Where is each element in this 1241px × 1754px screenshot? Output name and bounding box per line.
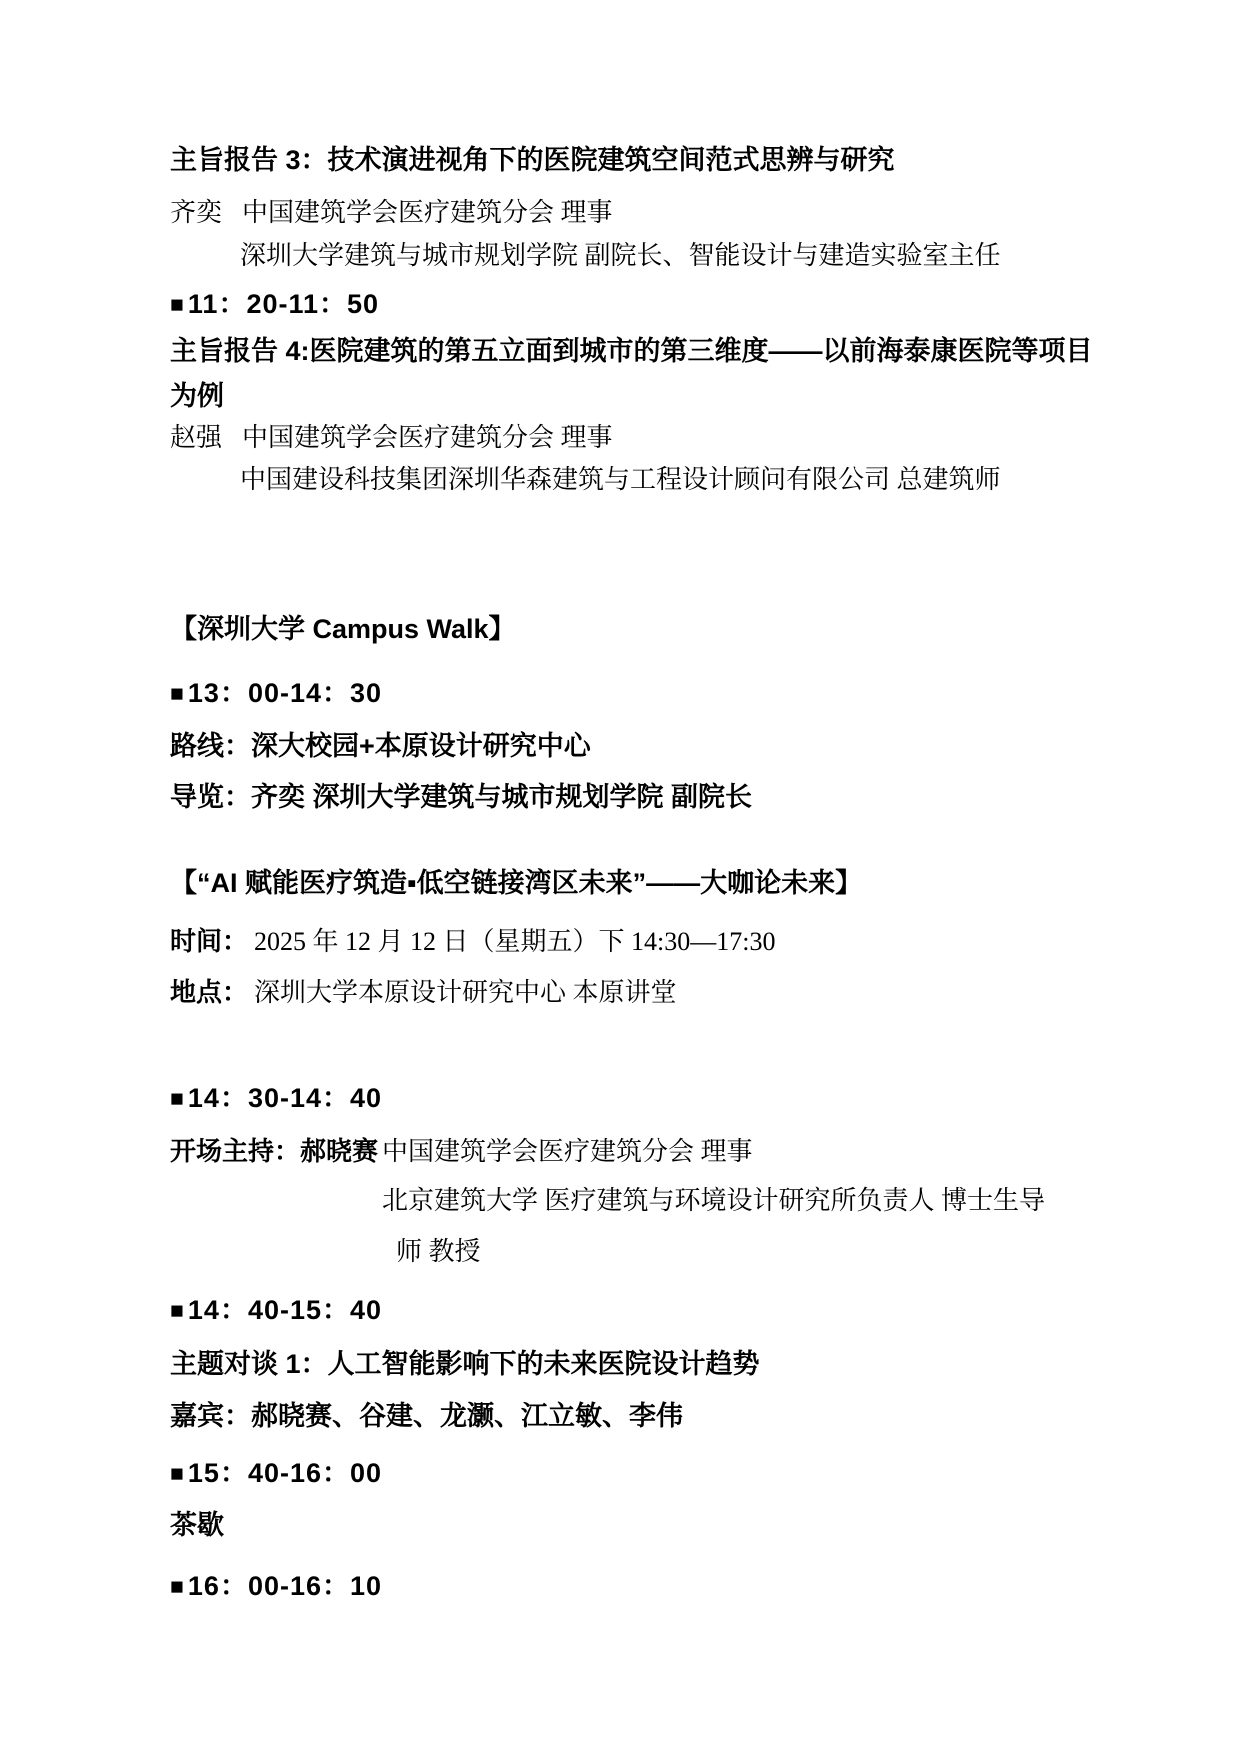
guide-label: 导览： <box>170 782 251 812</box>
keynote3-title: 主旨报告 3：技术演进视角下的医院建筑空间范式思辨与研究 <box>170 143 895 177</box>
forum-venue-line: 地点：深圳大学本原设计研究中心 本原讲堂 <box>170 975 677 1010</box>
guide-value: 齐奕 深圳大学建筑与城市规划学院 副院长 <box>251 782 752 812</box>
keynote3-speaker-line: 齐奕中国建筑学会医疗建筑分会 理事 <box>170 196 613 230</box>
timeslot-1300-time: 13：00-14：30 <box>188 678 382 708</box>
keynote3-speaker-name: 齐奕 <box>170 196 242 230</box>
document-page: 主旨报告 3：技术演进视角下的医院建筑空间范式思辨与研究 齐奕中国建筑学会医疗建… <box>0 0 1241 1754</box>
forum-host-label: 开场主持：郝晓赛 <box>170 1134 382 1168</box>
forum-host-affiliation-1: 中国建筑学会医疗建筑分会 理事 <box>382 1137 753 1166</box>
tea-break-label: 茶歇 <box>170 1508 224 1542</box>
timeslot-1600: ■16：00-16：10 <box>170 1569 382 1603</box>
timeslot-1120: ■11：20-11：50 <box>170 287 379 321</box>
bullet-square-icon: ■ <box>170 1297 185 1323</box>
timeslot-1540: ■15：40-16：00 <box>170 1456 382 1490</box>
timeslot-1600-time: 16：00-16：10 <box>188 1571 382 1601</box>
campus-walk-header: 【深圳大学 Campus Walk】 <box>170 612 516 646</box>
bullet-square-icon: ■ <box>170 680 185 706</box>
timeslot-1540-time: 15：40-16：00 <box>188 1458 382 1488</box>
timeslot-1300: ■13：00-14：30 <box>170 676 382 710</box>
timeslot-1440: ■14：40-15：40 <box>170 1293 382 1327</box>
campus-walk-guide-line: 导览：齐奕 深圳大学建筑与城市规划学院 副院长 <box>170 780 752 814</box>
bullet-square-icon: ■ <box>170 1460 185 1486</box>
keynote3-affiliation-1: 中国建筑学会医疗建筑分会 理事 <box>242 198 613 227</box>
campus-walk-route-line: 路线：深大校园+本原设计研究中心 <box>170 729 591 763</box>
forum-host-affiliation-2: 北京建筑大学 医疗建筑与环境设计研究所负责人 博士生导 <box>382 1184 1045 1218</box>
bullet-square-icon: ■ <box>170 1573 185 1599</box>
forum-venue-label: 地点： <box>170 975 254 1009</box>
forum-time-line: 时间：2025 年 12 月 12 日（星期五）下 14:30—17:30 <box>170 924 775 959</box>
dialogue1-title: 主题对谈 1：人工智能影响下的未来医院设计趋势 <box>170 1347 760 1381</box>
forum-venue-value: 深圳大学本原设计研究中心 本原讲堂 <box>254 978 677 1007</box>
keynote3-affiliation-2: 深圳大学建筑与城市规划学院 副院长、智能设计与建造实验室主任 <box>240 239 1001 273</box>
timeslot-1120-time: 11：20-11：50 <box>188 289 379 319</box>
forum-time-label: 时间： <box>170 924 254 958</box>
keynote4-speaker-line: 赵强中国建筑学会医疗建筑分会 理事 <box>170 421 613 455</box>
timeslot-1430: ■14：30-14：40 <box>170 1081 382 1115</box>
keynote4-title-line1: 主旨报告 4:医院建筑的第五立面到城市的第三维度——以前海泰康医院等项目 <box>170 334 1093 368</box>
guests-value: 郝晓赛、谷建、龙灏、江立敏、李伟 <box>251 1401 683 1431</box>
keynote4-speaker-name: 赵强 <box>170 421 242 455</box>
timeslot-1430-time: 14：30-14：40 <box>188 1083 382 1113</box>
route-label: 路线： <box>170 731 251 761</box>
guests-label: 嘉宾： <box>170 1401 251 1431</box>
keynote4-affiliation-2: 中国建设科技集团深圳华森建筑与工程设计顾问有限公司 总建筑师 <box>240 463 1001 497</box>
dialogue1-guests-line: 嘉宾：郝晓赛、谷建、龙灏、江立敏、李伟 <box>170 1399 683 1433</box>
timeslot-1440-time: 14：40-15：40 <box>188 1295 382 1325</box>
route-value: 深大校园+本原设计研究中心 <box>251 731 591 761</box>
keynote4-title-line2: 为例 <box>170 379 224 413</box>
forum-host-line: 开场主持：郝晓赛中国建筑学会医疗建筑分会 理事 <box>170 1134 753 1169</box>
bullet-square-icon: ■ <box>170 1085 185 1111</box>
bullet-square-icon: ■ <box>170 291 185 317</box>
forum-header: 【“AI 赋能医疗筑造▪低空链接湾区未来”——大咖论未来】 <box>170 866 862 900</box>
keynote4-affiliation-1: 中国建筑学会医疗建筑分会 理事 <box>242 423 613 452</box>
forum-host-affiliation-3: 师 教授 <box>396 1235 481 1269</box>
forum-time-value: 2025 年 12 月 12 日（星期五）下 14:30—17:30 <box>254 927 775 956</box>
